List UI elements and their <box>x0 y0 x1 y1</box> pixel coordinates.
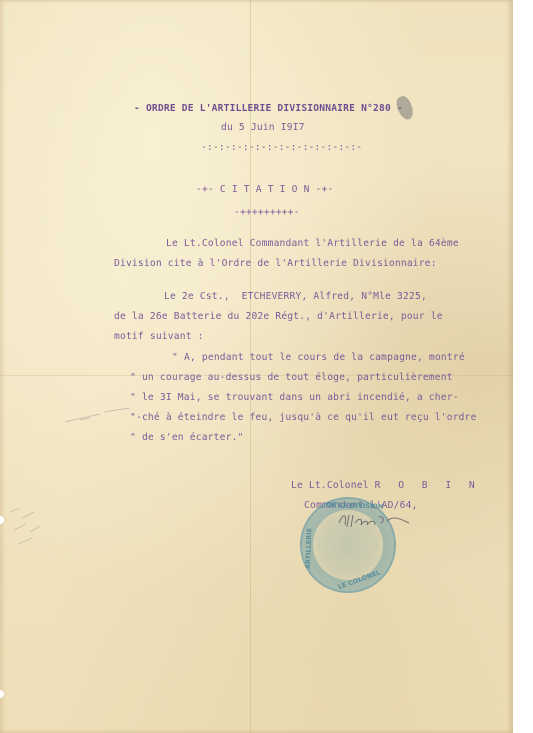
order-title: - ORDRE DE L'ARTILLERIE DIVISIONNAIRE N°… <box>134 103 403 115</box>
citation-line-5: " de s'en écarter." <box>130 432 244 444</box>
order-date: du 5 Juin I9I7 <box>221 122 305 134</box>
ink-blot <box>394 94 417 122</box>
pencil-annotation <box>4 500 54 550</box>
signature-title: Le Lt.Colonel R O B I N <box>291 480 481 492</box>
pencil-annotation <box>60 400 140 430</box>
signature-rank: Le Lt.Colonel <box>291 480 375 491</box>
document-page: - ORDRE DE L'ARTILLERIE DIVISIONNAIRE N°… <box>0 0 513 733</box>
citation-heading: -+- C I T A T I O N -+- <box>196 184 333 196</box>
citation-line-3: " le 3I Mai, se trouvant dans un abri in… <box>130 392 459 404</box>
subject-line-2: de la 26e Batterie du 202e Régt., d'Arti… <box>114 311 443 323</box>
citation-line-4: "-ché à éteindre le feu, jusqu'à ce qu'i… <box>130 412 477 424</box>
header-rule: -:-:-:-:-:-:-:-:-:-:-:-:-:- <box>201 142 362 154</box>
handwritten-signature <box>335 509 415 531</box>
citation-underline: -+++++++++- <box>234 207 300 219</box>
stamp-text-bottom: LE COLONEL <box>337 568 382 591</box>
intro-line-1: Le Lt.Colonel Commandant l'Artillerie de… <box>166 238 459 250</box>
intro-line-2: Division cite à l'Ordre de l'Artillerie … <box>114 258 437 270</box>
subject-line-3: motif suivant : <box>114 331 204 343</box>
citation-line-2: " un courage au-dessus de tout éloge, pa… <box>130 372 453 384</box>
signature-name: R O B I N <box>375 480 481 491</box>
subject-line-1: Le 2e Cst., ETCHEVERRY, Alfred, N°Mle 32… <box>164 291 427 303</box>
stamp-text-left: ARTILLERIE <box>304 528 313 569</box>
punch-hole <box>0 690 4 698</box>
citation-line-1: " A, pendant tout le cours de la campagn… <box>172 352 465 364</box>
